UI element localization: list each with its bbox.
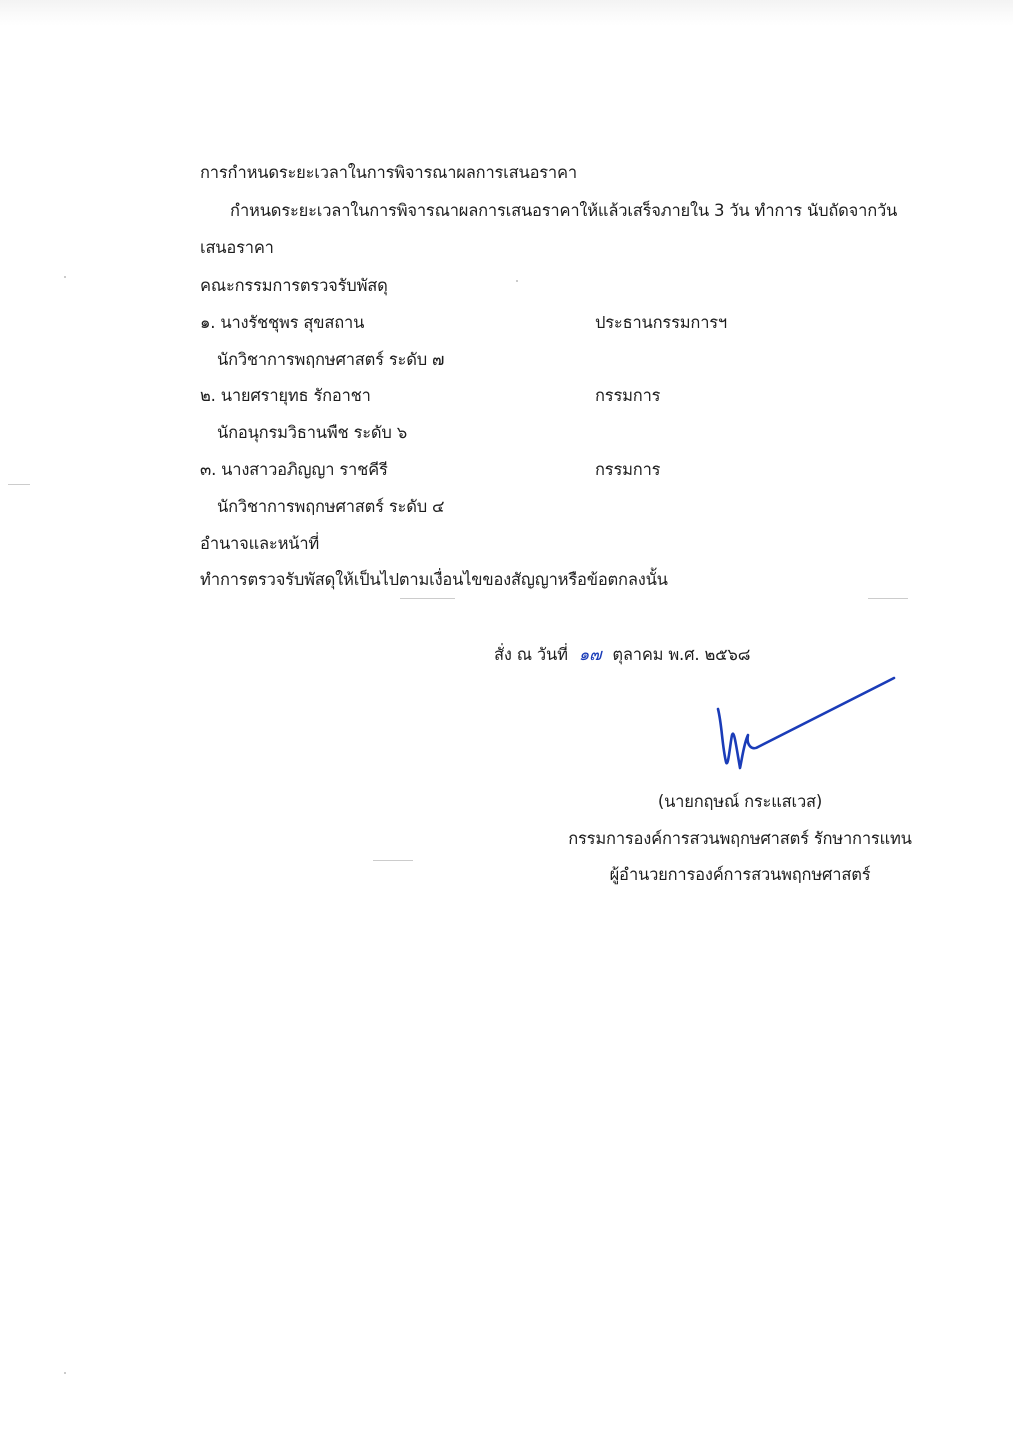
order-date: สั่ง ณ วันที่ ๑๗ ตุลาคม พ.ศ. ๒๕๖๘ <box>494 644 750 666</box>
signer-name: (นายกฤษณ์ กระแสเวส) <box>530 791 950 813</box>
scan-mark <box>400 598 455 599</box>
order-date-day: ๑๗ <box>579 645 601 664</box>
scan-mark <box>373 860 413 861</box>
committee-heading: คณะกรรมการตรวจรับพัสดุ <box>200 275 388 297</box>
scan-edge <box>0 0 1013 26</box>
order-date-suffix: ตุลาคม พ.ศ. ๒๕๖๘ <box>612 645 750 664</box>
member-3-role: กรรมการ <box>595 459 660 481</box>
duties-text: ทำการตรวจรับพัสดุให้เป็นไปตามเงื่อนไขของ… <box>200 569 668 591</box>
scan-mark <box>8 484 30 485</box>
scan-speck <box>64 1372 66 1374</box>
bid-period-text-line1: กำหนดระยะเวลาในการพิจารณาผลการเสนอราคาให… <box>230 200 897 222</box>
member-2-name: ๒. นายศรายุทธ รักอาชา <box>200 385 371 407</box>
member-1-name: ๑. นางรัชชุพร สุขสถาน <box>200 312 364 334</box>
signer-title-line1: กรรมการองค์การสวนพฤกษศาสตร์ รักษาการแทน <box>530 828 950 850</box>
scan-mark <box>868 598 908 599</box>
scan-speck <box>64 276 66 278</box>
order-date-prefix: สั่ง ณ วันที่ <box>494 645 568 664</box>
member-3-position: นักวิชาการพฤกษศาสตร์ ระดับ ๔ <box>217 496 444 518</box>
member-3-name: ๓. นางสาวอภิญญา ราชคีรี <box>200 459 388 481</box>
signer-title-line2: ผู้อำนวยการองค์การสวนพฤกษศาสตร์ <box>530 864 950 886</box>
member-1-position: นักวิชาการพฤกษศาสตร์ ระดับ ๗ <box>217 349 444 371</box>
signature-icon <box>700 665 910 780</box>
member-2-position: นักอนุกรมวิธานพืช ระดับ ๖ <box>217 422 407 444</box>
duties-heading: อำนาจและหน้าที่ <box>200 533 319 555</box>
bid-period-text-line2: เสนอราคา <box>200 237 274 259</box>
document-page: การกำหนดระยะเวลาในการพิจารณาผลการเสนอราค… <box>0 0 1013 1433</box>
member-2-role: กรรมการ <box>595 385 660 407</box>
scan-speck <box>516 280 518 282</box>
bid-period-heading: การกำหนดระยะเวลาในการพิจารณาผลการเสนอราค… <box>200 162 577 184</box>
member-1-role: ประธานกรรมการฯ <box>595 312 727 334</box>
